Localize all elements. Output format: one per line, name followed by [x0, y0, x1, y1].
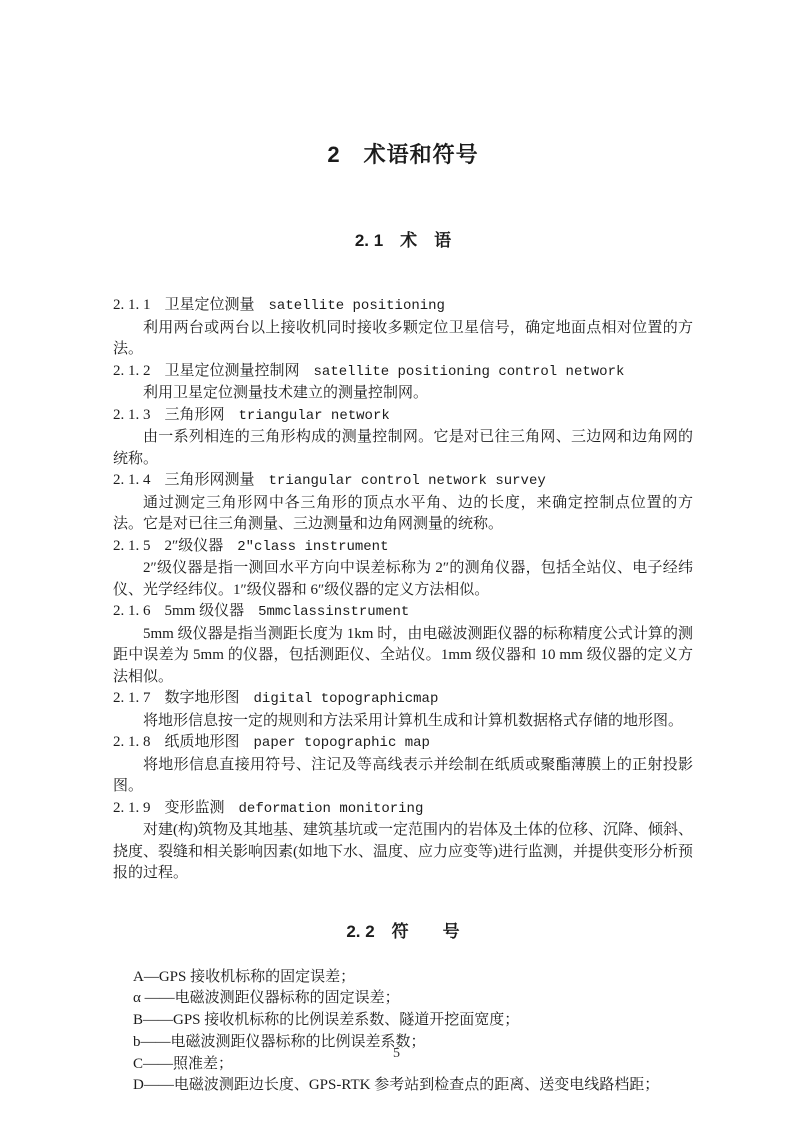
term-heading: 2. 1. 4三角形网测量triangular control network …	[113, 470, 693, 493]
term-zh: 三角形网	[165, 407, 225, 423]
term-item: 2. 1. 52″级仪器2″class instrument 2″级仪器是指一测…	[113, 536, 693, 602]
term-en: satellite positioning	[269, 298, 445, 314]
term-heading: 2. 1. 9变形监测deformation monitoring	[113, 798, 693, 821]
term-en: deformation monitoring	[239, 801, 424, 817]
term-zh: 三角形网测量	[165, 472, 255, 488]
term-zh: 纸质地形图	[165, 734, 240, 750]
term-item: 2. 1. 8纸质地形图paper topographic map 将地形信息直…	[113, 732, 693, 798]
term-zh: 2″级仪器	[165, 538, 224, 554]
term-item: 2. 1. 9变形监测deformation monitoring 对建(构)筑…	[113, 798, 693, 885]
term-zh: 卫星定位测量控制网	[165, 363, 300, 379]
term-en: triangular network	[239, 408, 390, 424]
term-heading: 2. 1. 1卫星定位测量satellite positioning	[113, 295, 693, 318]
symbol-item: A—GPS 接收机标称的固定误差；	[113, 967, 693, 989]
term-definition: 将地形信息直接用符号、注记及等高线表示并绘制在纸质或聚酯薄膜上的正射投影图。	[113, 755, 693, 798]
term-item: 2. 1. 3三角形网triangular network 由一系列相连的三角形…	[113, 405, 693, 471]
term-heading: 2. 1. 2卫星定位测量控制网satellite positioning co…	[113, 361, 693, 384]
term-zh: 卫星定位测量	[165, 297, 255, 313]
term-definition: 由一系列相连的三角形构成的测量控制网。它是对已往三角网、三边网和边角网的统称。	[113, 427, 693, 470]
term-item: 2. 1. 1卫星定位测量satellite positioning 利用两台或…	[113, 295, 693, 361]
term-number: 2. 1. 6	[113, 603, 151, 619]
section-title-symbols: 2. 2 符 号	[113, 917, 693, 942]
term-definition: 将地形信息按一定的规则和方法采用计算机生成和计算机数据格式存储的地形图。	[113, 711, 693, 733]
page-number: 5	[0, 1046, 793, 1062]
term-definition: 5mm 级仪器是指当测距长度为 1km 时，由电磁波测距仪器的标称精度公式计算的…	[113, 624, 693, 689]
term-number: 2. 1. 8	[113, 734, 151, 750]
symbol-item: B——GPS 接收机标称的比例误差系数、隧道开挖面宽度；	[113, 1010, 693, 1032]
term-en: triangular control network survey	[269, 473, 546, 489]
term-en: satellite positioning control network	[314, 364, 625, 380]
term-definition: 利用卫星定位测量技术建立的测量控制网。	[113, 383, 693, 405]
term-heading: 2. 1. 8纸质地形图paper topographic map	[113, 732, 693, 755]
term-zh: 变形监测	[165, 800, 225, 816]
term-heading: 2. 1. 3三角形网triangular network	[113, 405, 693, 428]
term-number: 2. 1. 5	[113, 538, 151, 554]
term-number: 2. 1. 2	[113, 363, 151, 379]
term-number: 2. 1. 3	[113, 407, 151, 423]
terms-list: 2. 1. 1卫星定位测量satellite positioning 利用两台或…	[113, 295, 693, 885]
term-item: 2. 1. 7数字地形图digital topographicmap 将地形信息…	[113, 688, 693, 732]
term-item: 2. 1. 2卫星定位测量控制网satellite positioning co…	[113, 361, 693, 405]
term-en: digital topographicmap	[254, 691, 439, 707]
term-number: 2. 1. 1	[113, 297, 151, 313]
chapter-title: 2 术语和符号	[113, 0, 693, 169]
term-definition: 2″级仪器是指一测回水平方向中误差标称为 2″的测角仪器，包括全站仪、电子经纬仪…	[113, 558, 693, 601]
term-item: 2. 1. 4三角形网测量triangular control network …	[113, 470, 693, 536]
term-heading: 2. 1. 52″级仪器2″class instrument	[113, 536, 693, 559]
term-heading: 2. 1. 65mm 级仪器5mmclassinstrument	[113, 601, 693, 624]
term-heading: 2. 1. 7数字地形图digital topographicmap	[113, 688, 693, 711]
symbols-list: A—GPS 接收机标称的固定误差； α ——电磁波测距仪器标称的固定误差； B—…	[113, 967, 693, 1098]
term-en: 5mmclassinstrument	[258, 604, 409, 620]
section-title-terms: 2. 1 术 语	[113, 226, 693, 251]
term-en: paper topographic map	[254, 735, 430, 751]
term-number: 2. 1. 9	[113, 800, 151, 816]
term-definition: 利用两台或两台以上接收机同时接收多颗定位卫星信号，确定地面点相对位置的方法。	[113, 318, 693, 361]
term-definition: 对建(构)筑物及其地基、建筑基坑或一定范围内的岩体及土体的位移、沉降、倾斜、挠度…	[113, 820, 693, 885]
document-page: 2 术语和符号 2. 1 术 语 2. 1. 1卫星定位测量satellite …	[0, 0, 793, 1122]
term-item: 2. 1. 65mm 级仪器5mmclassinstrument 5mm 级仪器…	[113, 601, 693, 688]
symbol-item: D——电磁波测距边长度、GPS-RTK 参考站到检查点的距离、送变电线路档距；	[113, 1075, 693, 1097]
term-en: 2″class instrument	[237, 539, 388, 555]
term-zh: 数字地形图	[165, 690, 240, 706]
symbol-item: α ——电磁波测距仪器标称的固定误差；	[113, 988, 693, 1010]
term-number: 2. 1. 4	[113, 472, 151, 488]
term-definition: 通过测定三角形网中各三角形的顶点水平角、边的长度，来确定控制点位置的方法。它是对…	[113, 493, 693, 536]
term-number: 2. 1. 7	[113, 690, 151, 706]
term-zh: 5mm 级仪器	[165, 603, 245, 619]
